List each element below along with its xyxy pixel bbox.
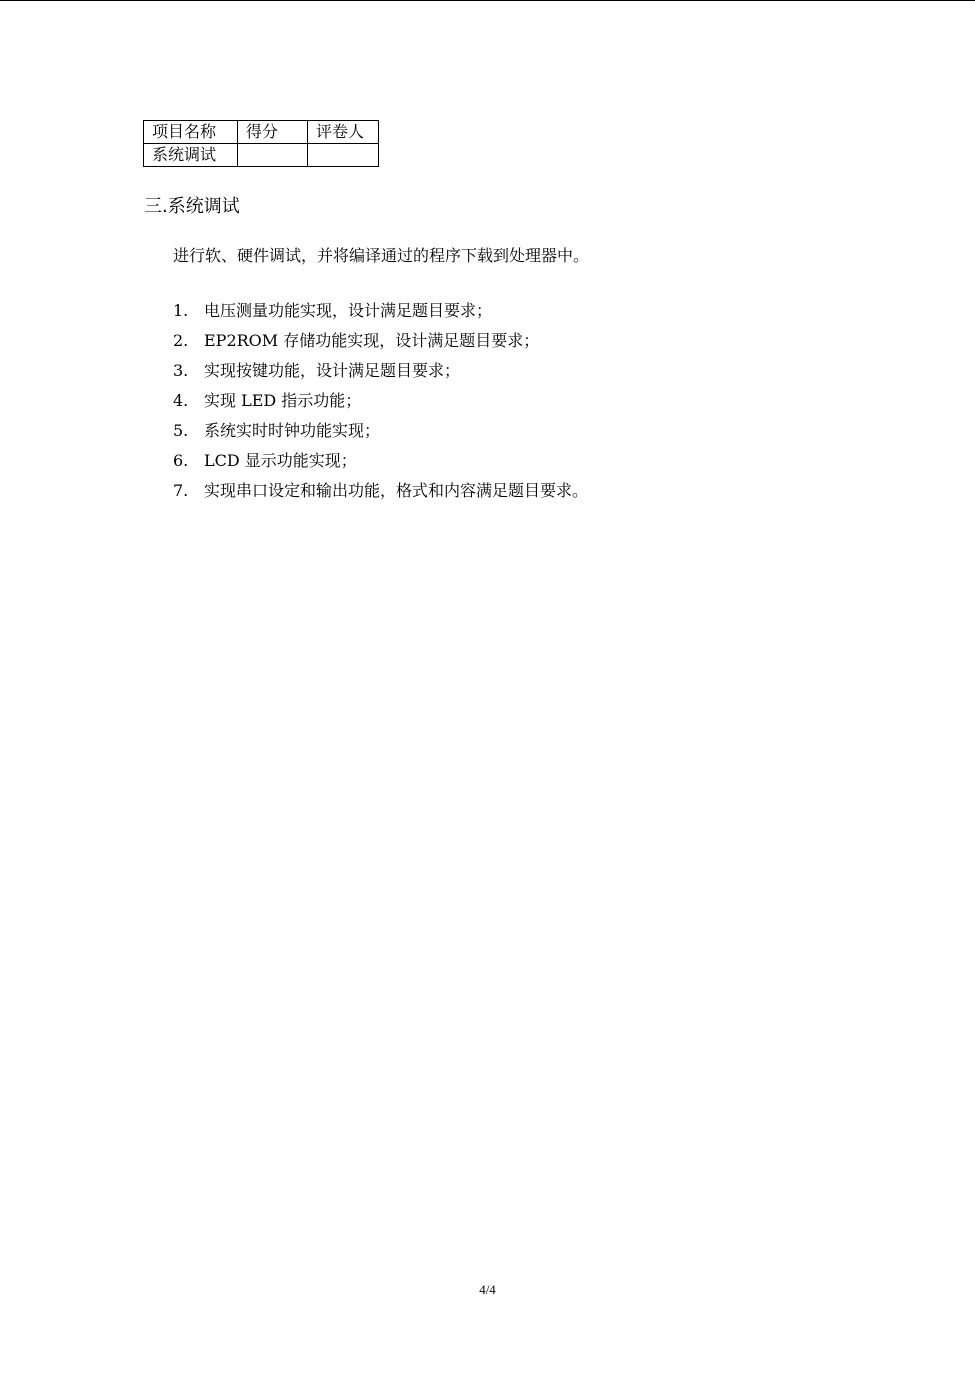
list-item: 3.实现按键功能，设计满足题目要求； <box>173 360 588 390</box>
requirements-list: 1.电压测量功能实现，设计满足题目要求； 2.EP2ROM 存储功能实现，设计满… <box>173 300 588 510</box>
list-item-number: 5. <box>173 420 204 450</box>
list-item-text: EP2ROM 存储功能实现，设计满足题目要求； <box>204 330 539 360</box>
list-item-text: LCD 显示功能实现； <box>204 450 357 480</box>
list-item-number: 7. <box>173 480 204 510</box>
list-item-text: 电压测量功能实现，设计满足题目要求； <box>204 300 492 330</box>
score-table-header-row: 项目名称 得分 评卷人 <box>144 121 379 144</box>
list-item-number: 2. <box>173 330 204 360</box>
list-item: 7.实现串口设定和输出功能，格式和内容满足题目要求。 <box>173 480 588 510</box>
list-item-text: 实现按键功能，设计满足题目要求； <box>204 360 460 390</box>
list-item-text: 系统实时时钟功能实现； <box>204 420 380 450</box>
list-item-text: 实现 LED 指示功能； <box>204 390 361 420</box>
list-item-text: 实现串口设定和输出功能，格式和内容满足题目要求。 <box>204 480 588 510</box>
list-item-number: 4. <box>173 390 204 420</box>
list-item-number: 3. <box>173 360 204 390</box>
list-item: 4.实现 LED 指示功能； <box>173 390 588 420</box>
list-item: 1.电压测量功能实现，设计满足题目要求； <box>173 300 588 330</box>
score-table-row: 系统调试 <box>144 144 379 167</box>
list-item-number: 1. <box>173 300 204 330</box>
page-number: 4/4 <box>0 1282 975 1298</box>
section-title: 三.系统调试 <box>144 195 240 219</box>
score-table: 项目名称 得分 评卷人 系统调试 <box>143 120 379 167</box>
list-item: 6.LCD 显示功能实现； <box>173 450 588 480</box>
page-top-border <box>0 0 975 1</box>
header-grader: 评卷人 <box>308 121 379 144</box>
header-project-name: 项目名称 <box>144 121 238 144</box>
list-item: 2.EP2ROM 存储功能实现，设计满足题目要求； <box>173 330 588 360</box>
section-intro: 进行软、硬件调试，并将编译通过的程序下载到处理器中。 <box>173 245 589 267</box>
cell-project-name: 系统调试 <box>144 144 238 167</box>
cell-score <box>238 144 308 167</box>
list-item: 5.系统实时时钟功能实现； <box>173 420 588 450</box>
header-score: 得分 <box>238 121 308 144</box>
cell-grader <box>308 144 379 167</box>
list-item-number: 6. <box>173 450 204 480</box>
